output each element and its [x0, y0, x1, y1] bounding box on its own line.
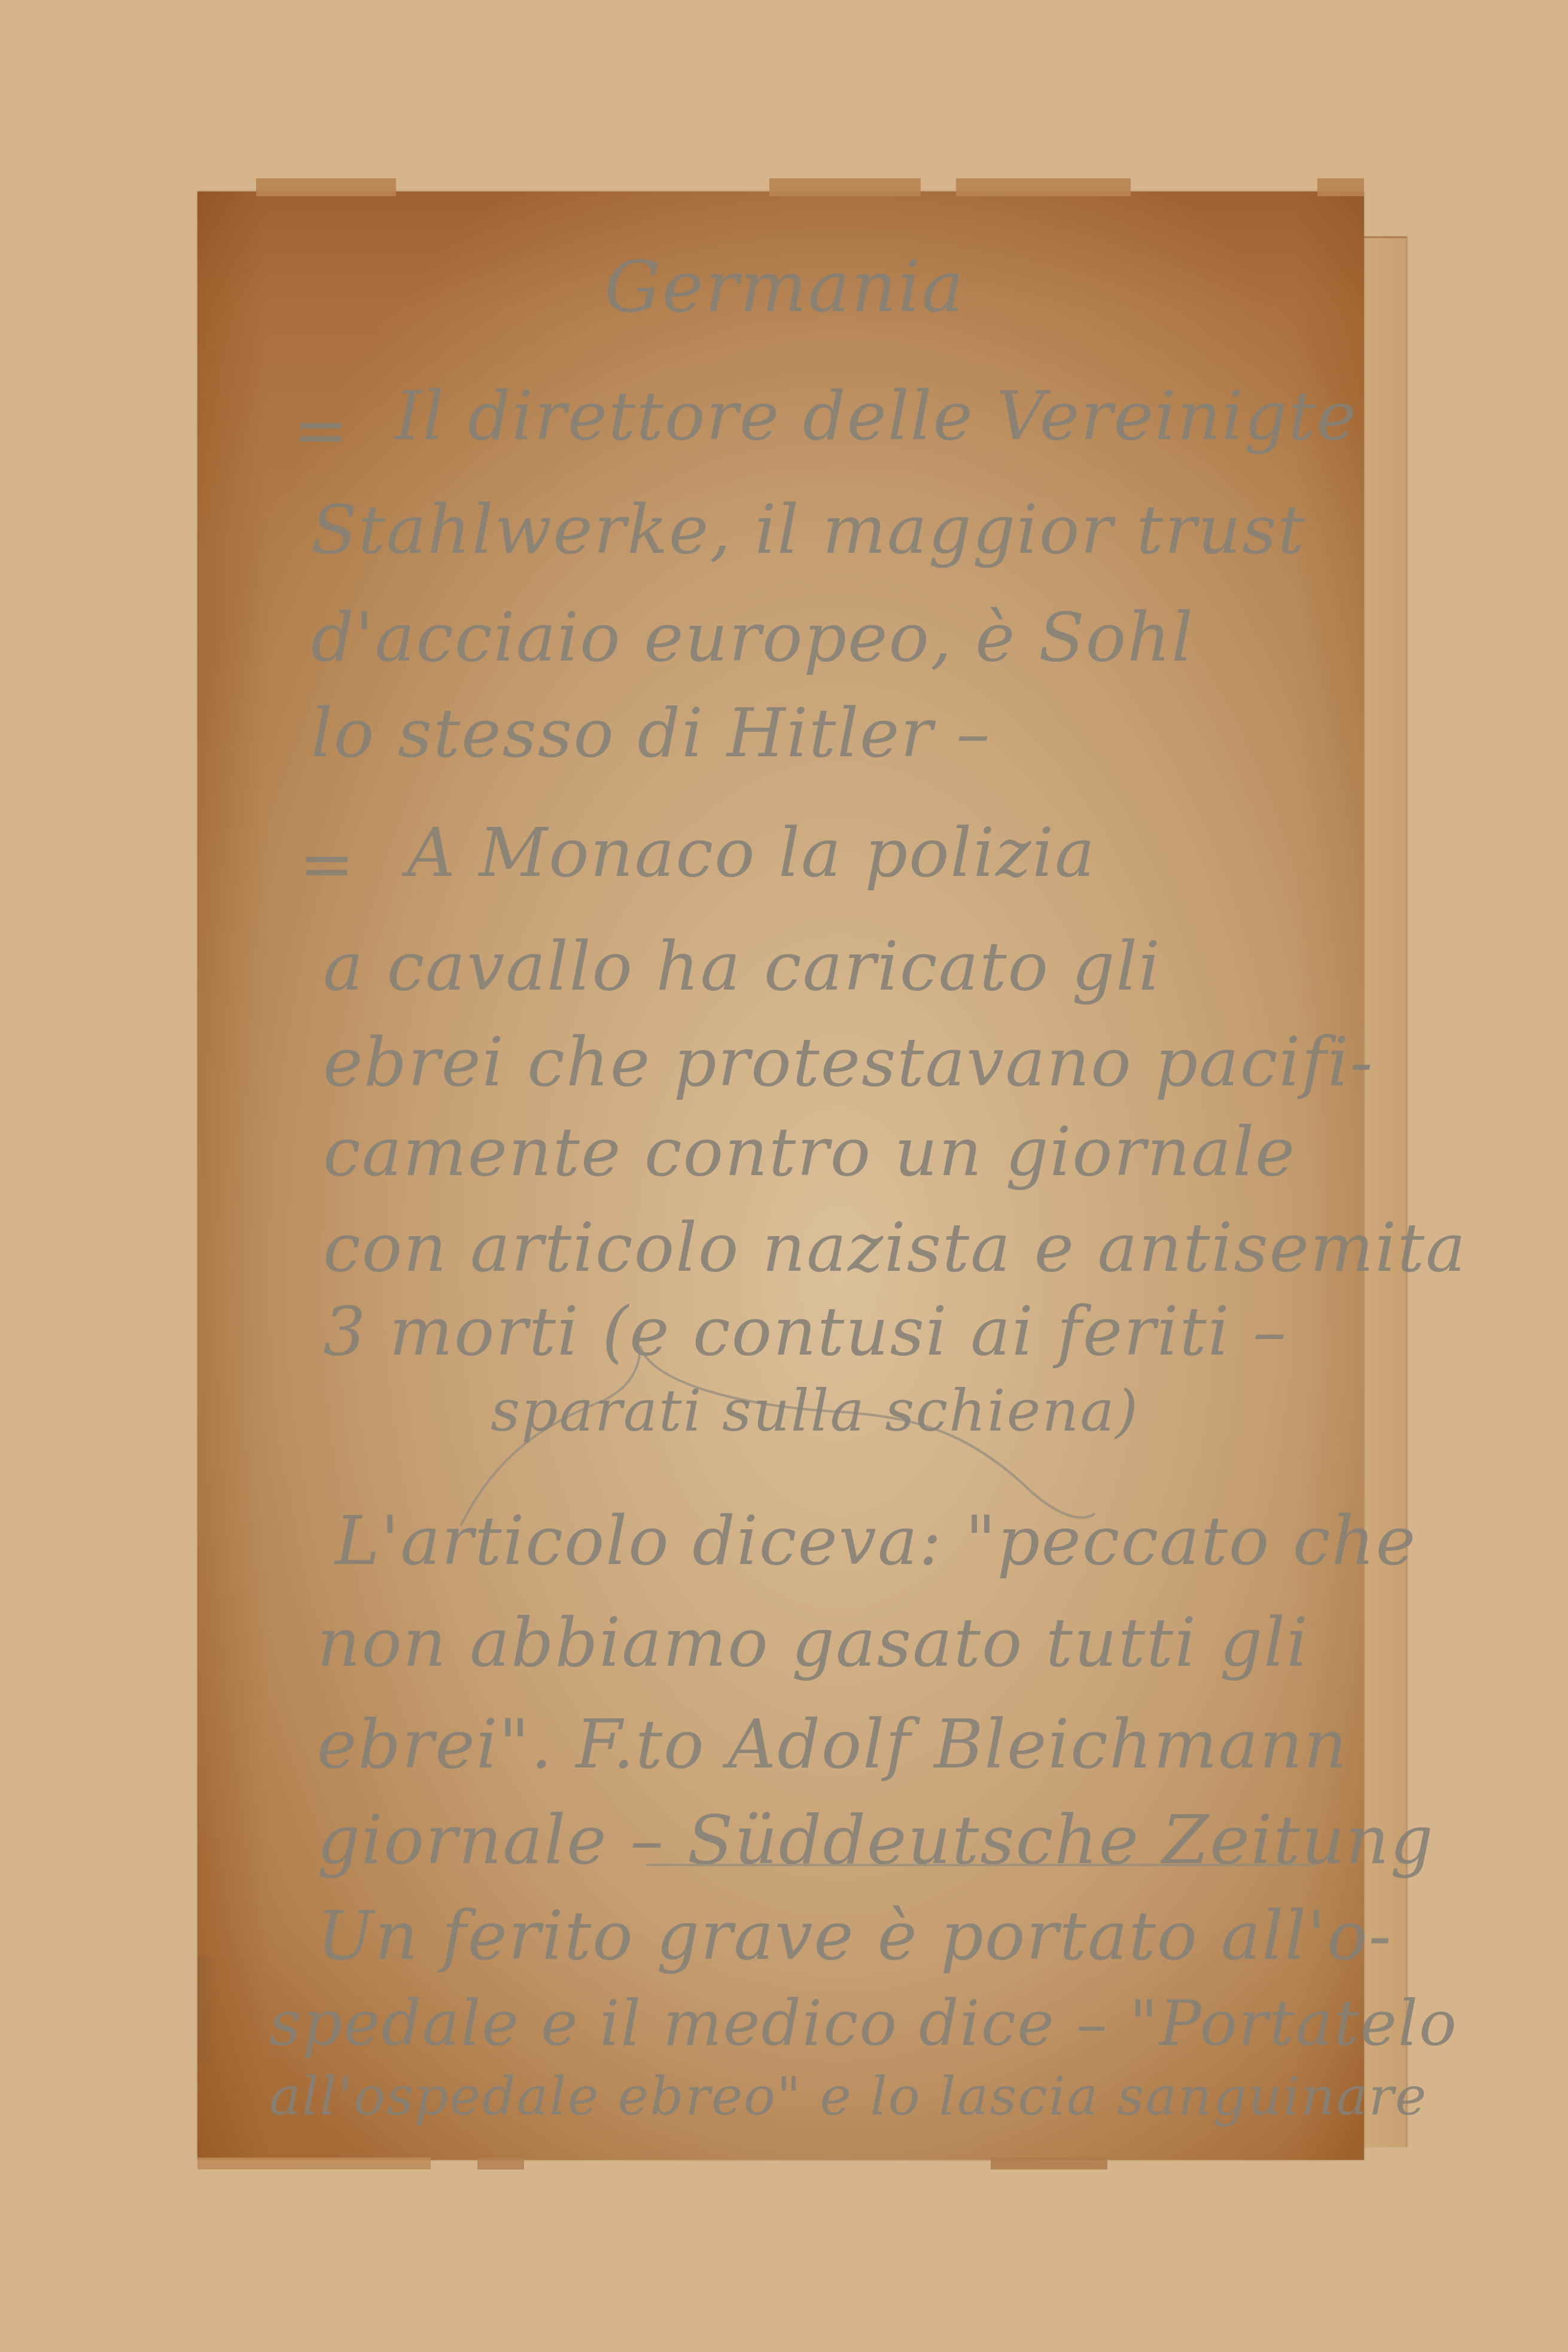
text-line: ebrei che protestavano pacifi- [323, 1029, 1374, 1096]
text-line: camente contro un giornale [323, 1119, 1296, 1186]
text-line: A Monaco la polizia [407, 820, 1096, 887]
text-line: non abbiamo gasato tutti gli [317, 1609, 1309, 1676]
page-title: Germania [604, 251, 965, 322]
text-line: con articolo nazista e antisemita [323, 1215, 1467, 1282]
text-line: Il direttore delle Vereinigte [395, 383, 1357, 450]
text-line: d'acciaio europeo, è Sohl [311, 604, 1194, 671]
paragraph-marker: = [299, 826, 354, 902]
text-line: a cavallo ha caricato gli [323, 933, 1161, 1000]
text-line: spedale e il medico dice – "Portatelo [269, 1992, 1458, 2055]
text-line: Un ferito grave è portato all'o- [317, 1903, 1392, 1970]
text-line: all'ospedale ebreo" e lo lascia sanguina… [269, 2070, 1427, 2123]
paragraph-marker: = [293, 392, 348, 468]
text-line: L'articolo diceva: "peccato che [335, 1508, 1417, 1575]
underline [646, 1864, 1316, 1866]
stain [197, 1957, 215, 2064]
text-line: ebrei". F.to Adolf Bleichmann [317, 1711, 1348, 1778]
text-line: Stahlwerke, il maggior trust [311, 497, 1306, 564]
text-line: lo stesso di Hitler – [311, 700, 991, 767]
insertion-text: sparati sulla schiena) [491, 1382, 1139, 1440]
